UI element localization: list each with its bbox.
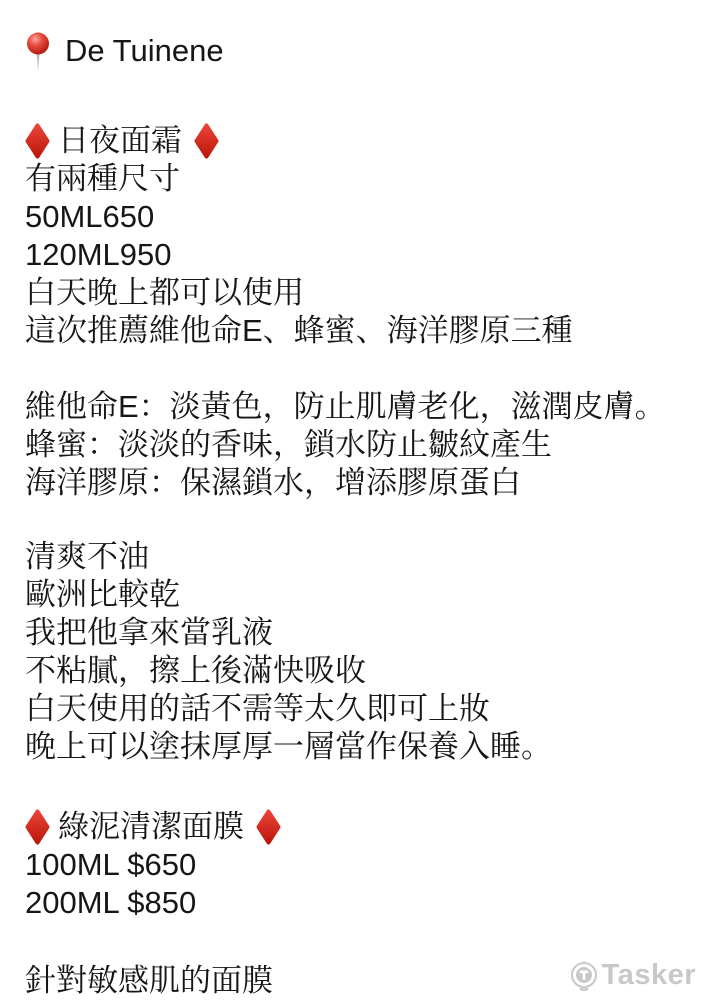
section-day-night-cream: 日夜面霜 有兩種尺寸 50ML650 120ML950 白天晚上都可以使用 這次… [25, 122, 692, 350]
text-line: 白天晚上都可以使用 [25, 274, 692, 312]
diamond-icon [25, 122, 50, 160]
text-line: 蜂蜜：淡淡的香味，鎖水防止皺紋產生 [25, 426, 692, 464]
text-line: 歐洲比較乾 [25, 576, 692, 614]
text-line: 維他命E：淡黃色，防止肌膚老化，滋潤皮膚。 [25, 388, 692, 426]
text-line: 這次推薦維他命E、蜂蜜、海洋膠原三種 [25, 312, 692, 350]
text-line: 清爽不油 [25, 538, 692, 576]
section-variant-descriptions: 維他命E：淡黃色，防止肌膚老化，滋潤皮膚。 蜂蜜：淡淡的香味，鎖水防止皺紋產生 … [25, 388, 692, 502]
round-pushpin-icon [25, 32, 51, 74]
header: De Tuinene [25, 32, 692, 70]
section-green-clay-mask: 綠泥清潔面膜 100ML $650 200ML $850 [25, 808, 692, 922]
watermark-label: Tasker [602, 959, 696, 992]
section-heading-text: 綠泥清潔面膜 [58, 808, 244, 846]
text-line: 晚上可以塗抹厚厚一層當作保養入睡。 [25, 728, 692, 766]
watermark: Tasker [569, 959, 696, 992]
section-heading: 日夜面霜 [25, 122, 692, 160]
text-line: 有兩種尺寸 [25, 160, 692, 198]
text-line: 不粘膩，擦上後滿快吸收 [25, 652, 692, 690]
text-line: 海洋膠原：保濕鎖水，增添膠原蛋白 [25, 464, 692, 502]
text-line: 我把他拿來當乳液 [25, 614, 692, 652]
diamond-icon [256, 808, 281, 846]
text-line: 白天使用的話不需等太久即可上妝 [25, 690, 692, 728]
diamond-icon [25, 808, 50, 846]
text-line: 100ML $650 [25, 846, 692, 884]
section-heading-text: 日夜面霜 [58, 122, 182, 160]
text-line: 50ML650 [25, 198, 692, 236]
section-heading: 綠泥清潔面膜 [25, 808, 692, 846]
page-title: De Tuinene [65, 32, 224, 70]
tasker-logo-icon [569, 959, 599, 992]
note-page: De Tuinene 日夜面霜 有兩種尺寸 50ML650 120ML950 白… [0, 0, 702, 1000]
text-line: 200ML $850 [25, 884, 692, 922]
section-usage-notes: 清爽不油 歐洲比較乾 我把他拿來當乳液 不粘膩，擦上後滿快吸收 白天使用的話不需… [25, 538, 692, 766]
diamond-icon [194, 122, 219, 160]
text-line: 120ML950 [25, 236, 692, 274]
